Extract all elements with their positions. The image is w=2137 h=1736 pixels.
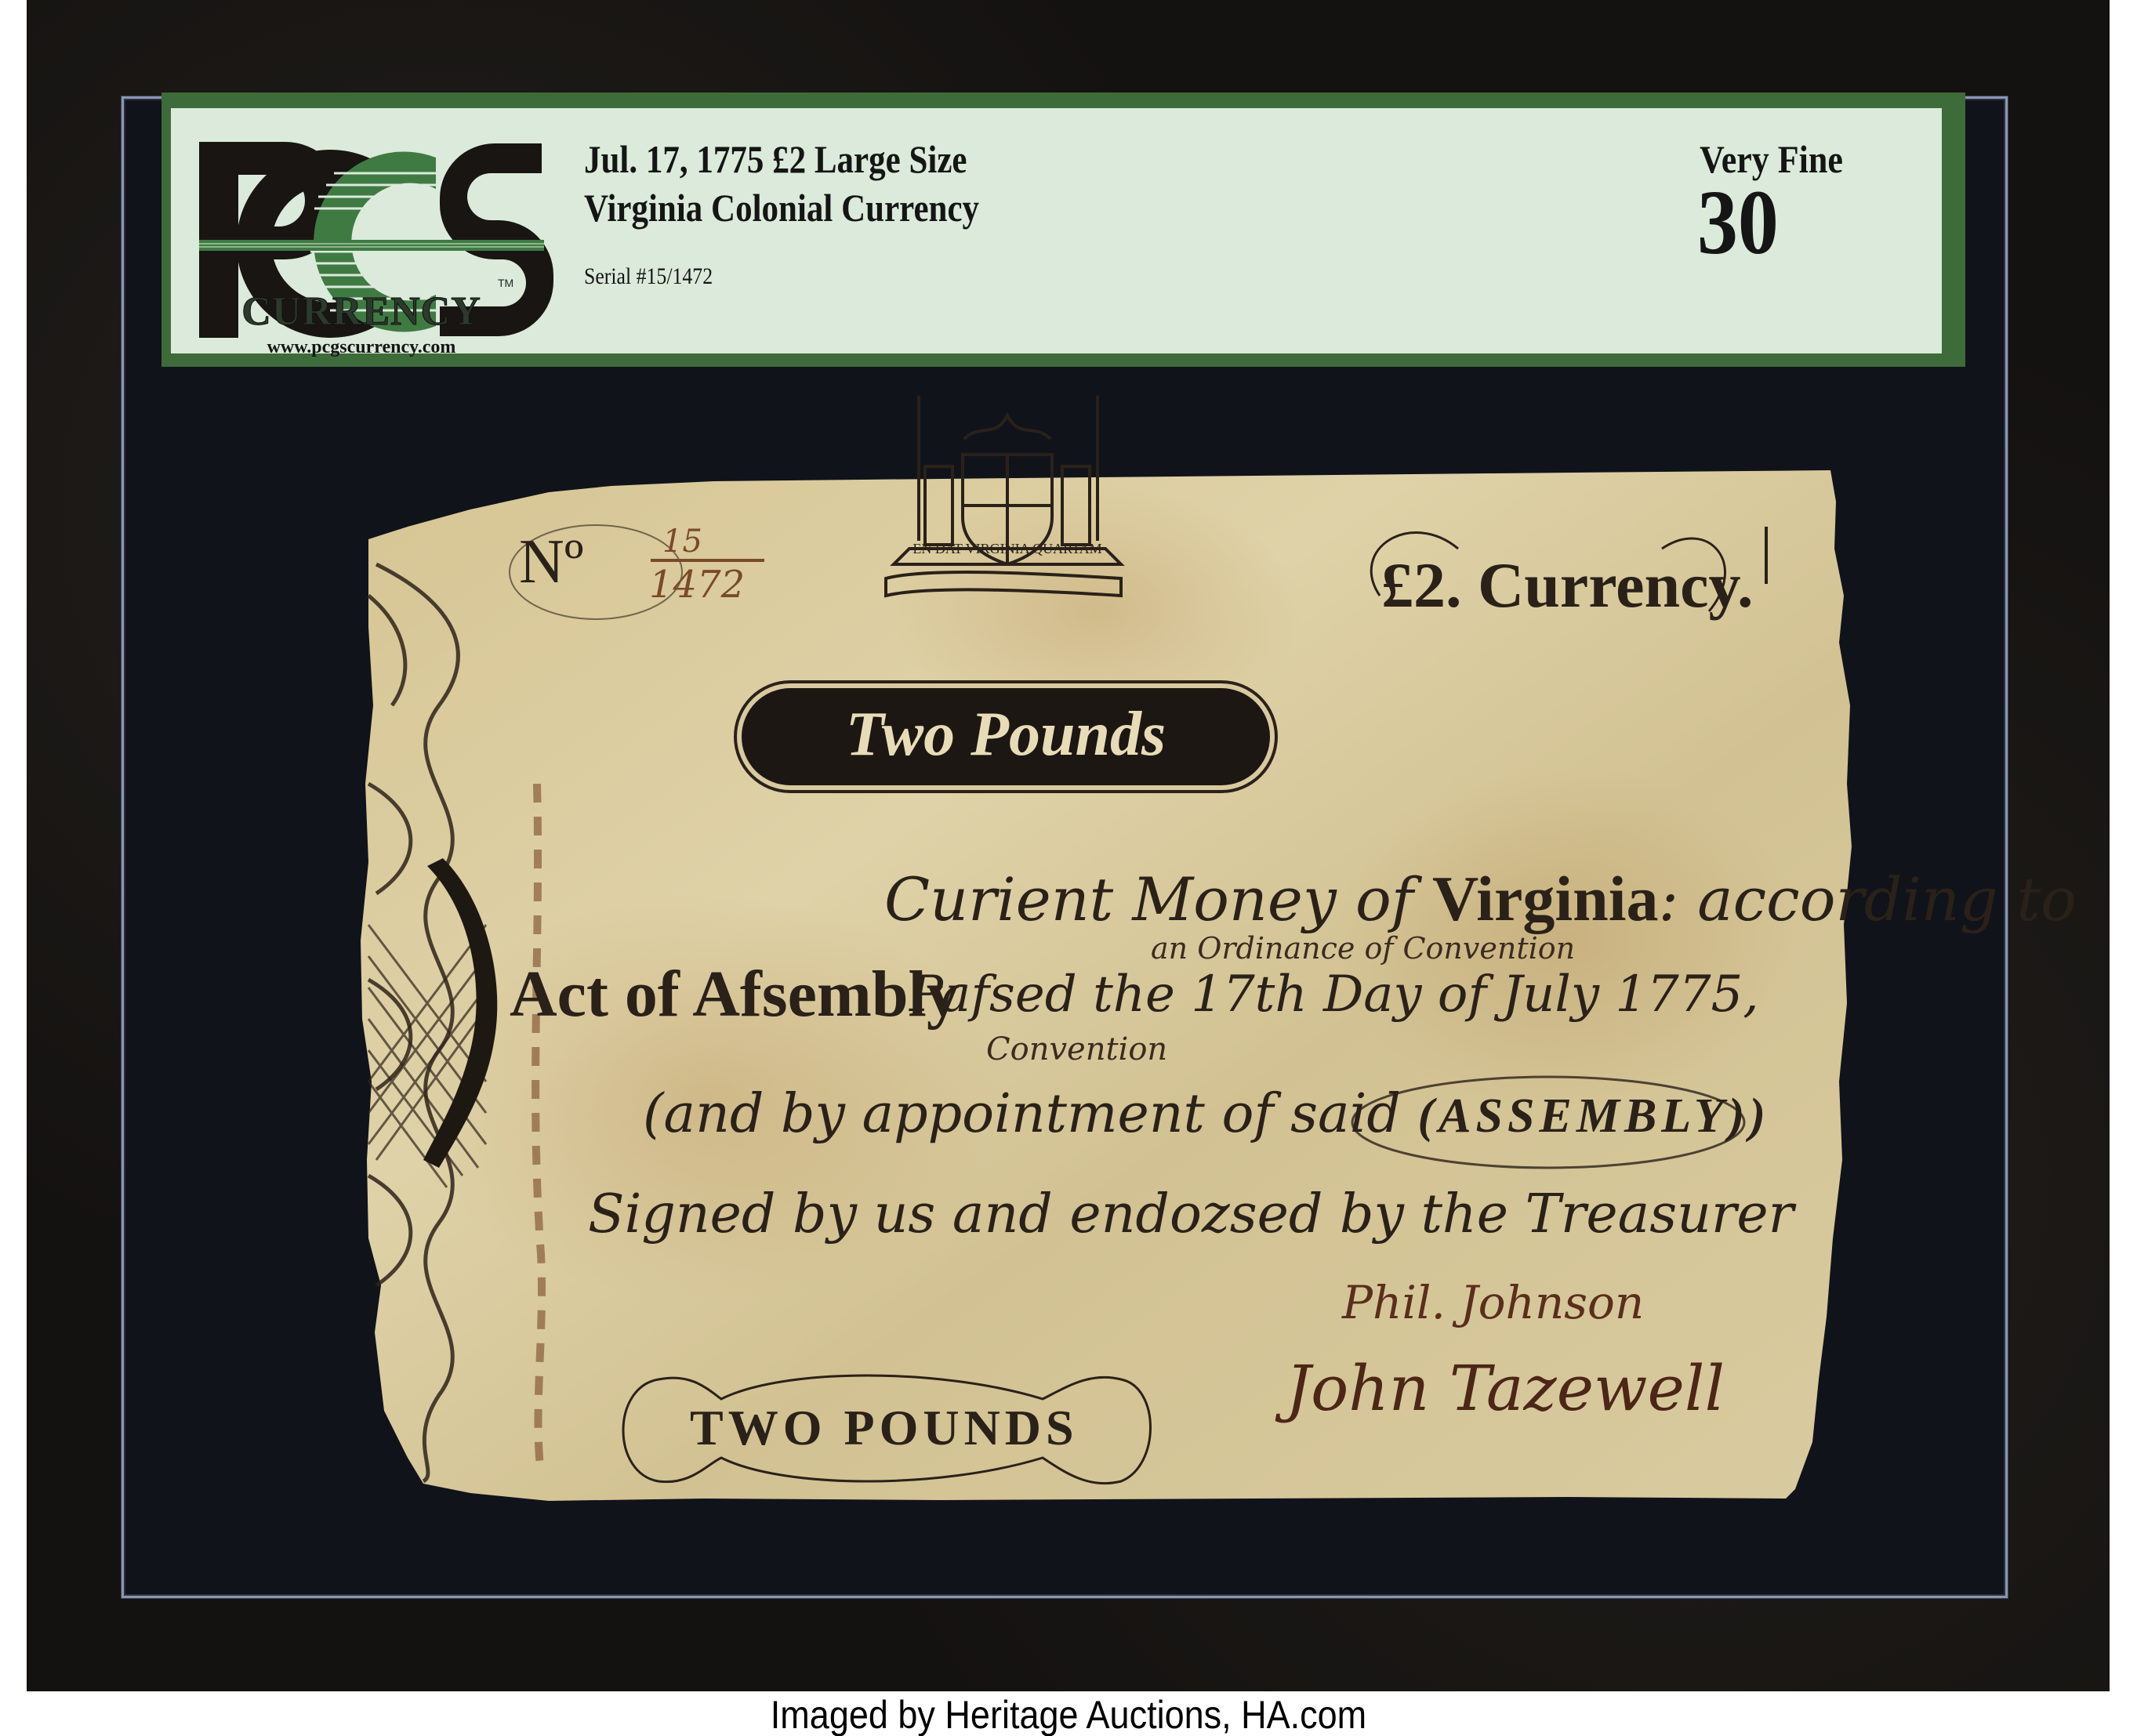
serial-number-label: Nº — [519, 527, 584, 598]
line1-suffix: : according to — [1659, 864, 2077, 934]
interlineation-ordinance: an Ordinance of Convention — [1151, 931, 1575, 966]
text-line-4: Signed by us and endozsed by the Treasur… — [588, 1183, 1794, 1245]
text-line-3: (and by appointment of said (ASSEMBLY)) — [643, 1083, 1770, 1145]
act-of-assembly: Act of Afsembly — [510, 956, 960, 1032]
text-line-2: Pafsed the 17th Day of July 1775, — [909, 966, 1759, 1024]
serial-plate-number: 15 — [662, 524, 702, 560]
text-line-1: Curient Money of Virginia: according to — [884, 862, 2077, 936]
signature-johnson: Phil. Johnson — [1342, 1276, 1644, 1329]
denomination-footer: TWO POUNDS — [690, 1399, 1079, 1457]
arms-motto: EN DAT VIRGINIA QUARTAM — [902, 541, 1113, 557]
cartouche-text: Two Pounds — [742, 699, 1270, 770]
line3-prefix: (and by appointment of said — [643, 1083, 1418, 1145]
image-credit-caption: Imaged by Heritage Auctions, HA.com — [107, 1694, 2030, 1736]
serial-note-number: 1472 — [649, 563, 745, 607]
interlineation-convention: Convention — [986, 1031, 1167, 1067]
state-name: Virginia — [1432, 863, 1659, 934]
assembly-word: (ASSEMBLY)) — [1418, 1089, 1771, 1143]
denomination-header: £2. Currency. — [1381, 549, 1754, 622]
signature-tazewell: John Tazewell — [1286, 1352, 1725, 1425]
line1-prefix: Curient Money of — [884, 864, 1432, 934]
denomination-cartouche: Two Pounds — [742, 688, 1270, 785]
